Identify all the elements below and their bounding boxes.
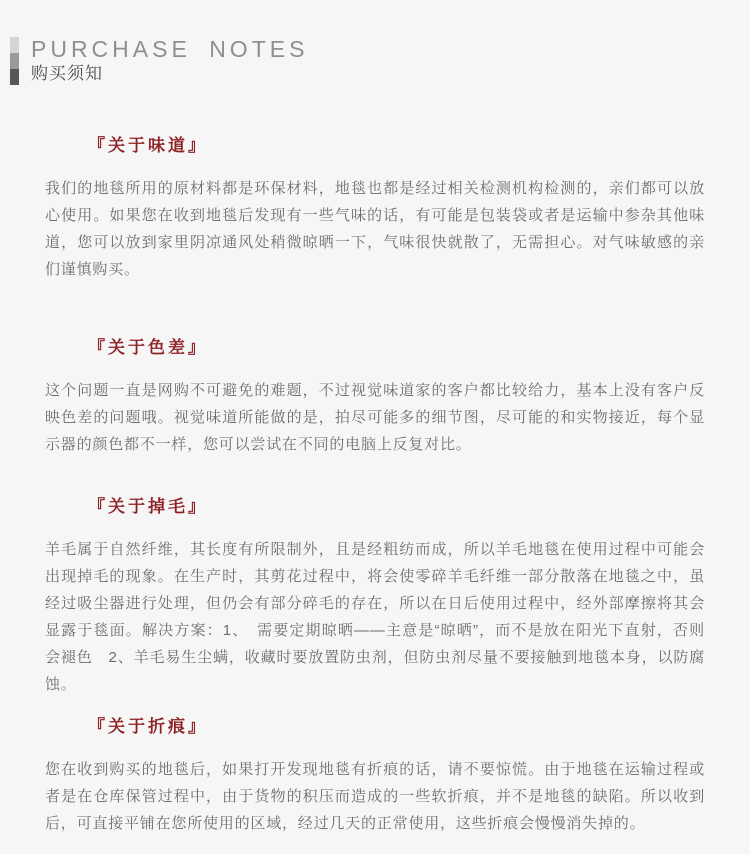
section-smell-body: 我们的地毯所用的原材料都是环保材料，地毯也都是经过相关检测机构检测的，亲们都可以… xyxy=(45,175,705,283)
section-color-difference-body: 这个问题一直是网购不可避免的难题，不过视觉味道家的客户都比较给力，基本上没有客户… xyxy=(45,377,705,458)
notes-content: 『关于味道』 我们的地毯所用的原材料都是环保材料，地毯也都是经过相关检测机构检测… xyxy=(0,135,750,837)
accent-bar-segment-dark xyxy=(10,69,19,85)
accent-bar-segment-light xyxy=(10,37,19,53)
section-creases: 『关于折痕』 您在收到购买的地毯后，如果打开发现地毯有折痕的话，请不要惊慌。由于… xyxy=(45,716,705,837)
section-color-difference: 『关于色差』 这个问题一直是网购不可避免的难题，不过视觉味道家的客户都比较给力，… xyxy=(45,337,705,458)
header-titles: PURCHASE NOTES 购买须知 xyxy=(31,37,308,85)
section-shedding-body: 羊毛属于自然纤维，其长度有所限制外，且是经粗纺而成，所以羊毛地毯在使用过程中可能… xyxy=(45,536,705,698)
page-header: PURCHASE NOTES 购买须知 xyxy=(0,0,750,85)
page-title: PURCHASE NOTES xyxy=(31,37,308,62)
section-creases-body: 您在收到购买的地毯后，如果打开发现地毯有折痕的话，请不要惊慌。由于地毯在运输过程… xyxy=(45,756,705,837)
section-shedding-heading: 『关于掉毛』 xyxy=(88,496,705,518)
purchase-notes-page: PURCHASE NOTES 购买须知 『关于味道』 我们的地毯所用的原材料都是… xyxy=(0,0,750,837)
section-smell: 『关于味道』 我们的地毯所用的原材料都是环保材料，地毯也都是经过相关检测机构检测… xyxy=(45,135,705,283)
section-color-difference-heading: 『关于色差』 xyxy=(88,337,705,359)
accent-bar-segment-mid xyxy=(10,53,19,69)
header-accent-bar xyxy=(10,37,19,85)
section-shedding: 『关于掉毛』 羊毛属于自然纤维，其长度有所限制外，且是经粗纺而成，所以羊毛地毯在… xyxy=(45,496,705,698)
section-creases-heading: 『关于折痕』 xyxy=(88,716,705,738)
section-smell-heading: 『关于味道』 xyxy=(88,135,705,157)
page-subtitle: 购买须知 xyxy=(31,62,308,85)
